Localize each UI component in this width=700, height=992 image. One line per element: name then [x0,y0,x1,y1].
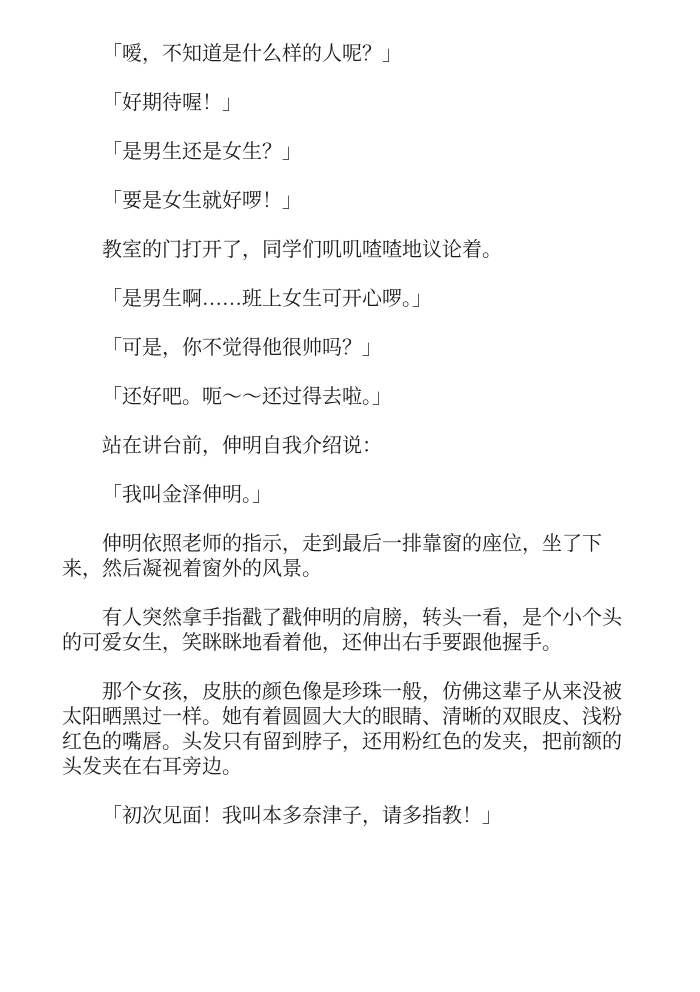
paragraph-dialogue-6: 「可是，你不觉得他很帅吗？」 [62,336,638,361]
paragraph-narration-5: 那个女孩，皮肤的颜色像是珍珠一般，仿佛这辈子从来没被太阳晒黑过一样。她有着圆圆大… [62,680,638,780]
paragraph-dialogue-9: 「初次见面！我叫本多奈津子，请多指教！」 [62,804,638,829]
paragraph-dialogue-8: 「我叫金泽伸明。」 [62,483,638,508]
paragraph-dialogue-2: 「好期待喔！」 [62,91,638,116]
paragraph-dialogue-7: 「还好吧。呃～～还过得去啦。」 [62,385,638,410]
paragraph-dialogue-3: 「是男生还是女生？」 [62,140,638,165]
paragraph-dialogue-1: 「嗳，不知道是什么样的人呢？」 [62,42,638,67]
document-page: 「嗳，不知道是什么样的人呢？」 「好期待喔！」 「是男生还是女生？」 「要是女生… [62,42,638,853]
paragraph-narration-4: 有人突然拿手指戳了戳伸明的肩膀，转头一看，是个小个头的可爱女生，笑眯眯地看着他，… [62,606,638,656]
paragraph-dialogue-4: 「要是女生就好啰！」 [62,189,638,214]
paragraph-narration-1: 教室的门打开了，同学们叽叽喳喳地议论着。 [62,238,638,263]
paragraph-dialogue-5: 「是男生啊……班上女生可开心啰。」 [62,287,638,312]
paragraph-narration-2: 站在讲台前，伸明自我介绍说： [62,434,638,459]
paragraph-narration-3: 伸明依照老师的指示，走到最后一排靠窗的座位，坐了下来，然后凝视着窗外的风景。 [62,532,638,582]
